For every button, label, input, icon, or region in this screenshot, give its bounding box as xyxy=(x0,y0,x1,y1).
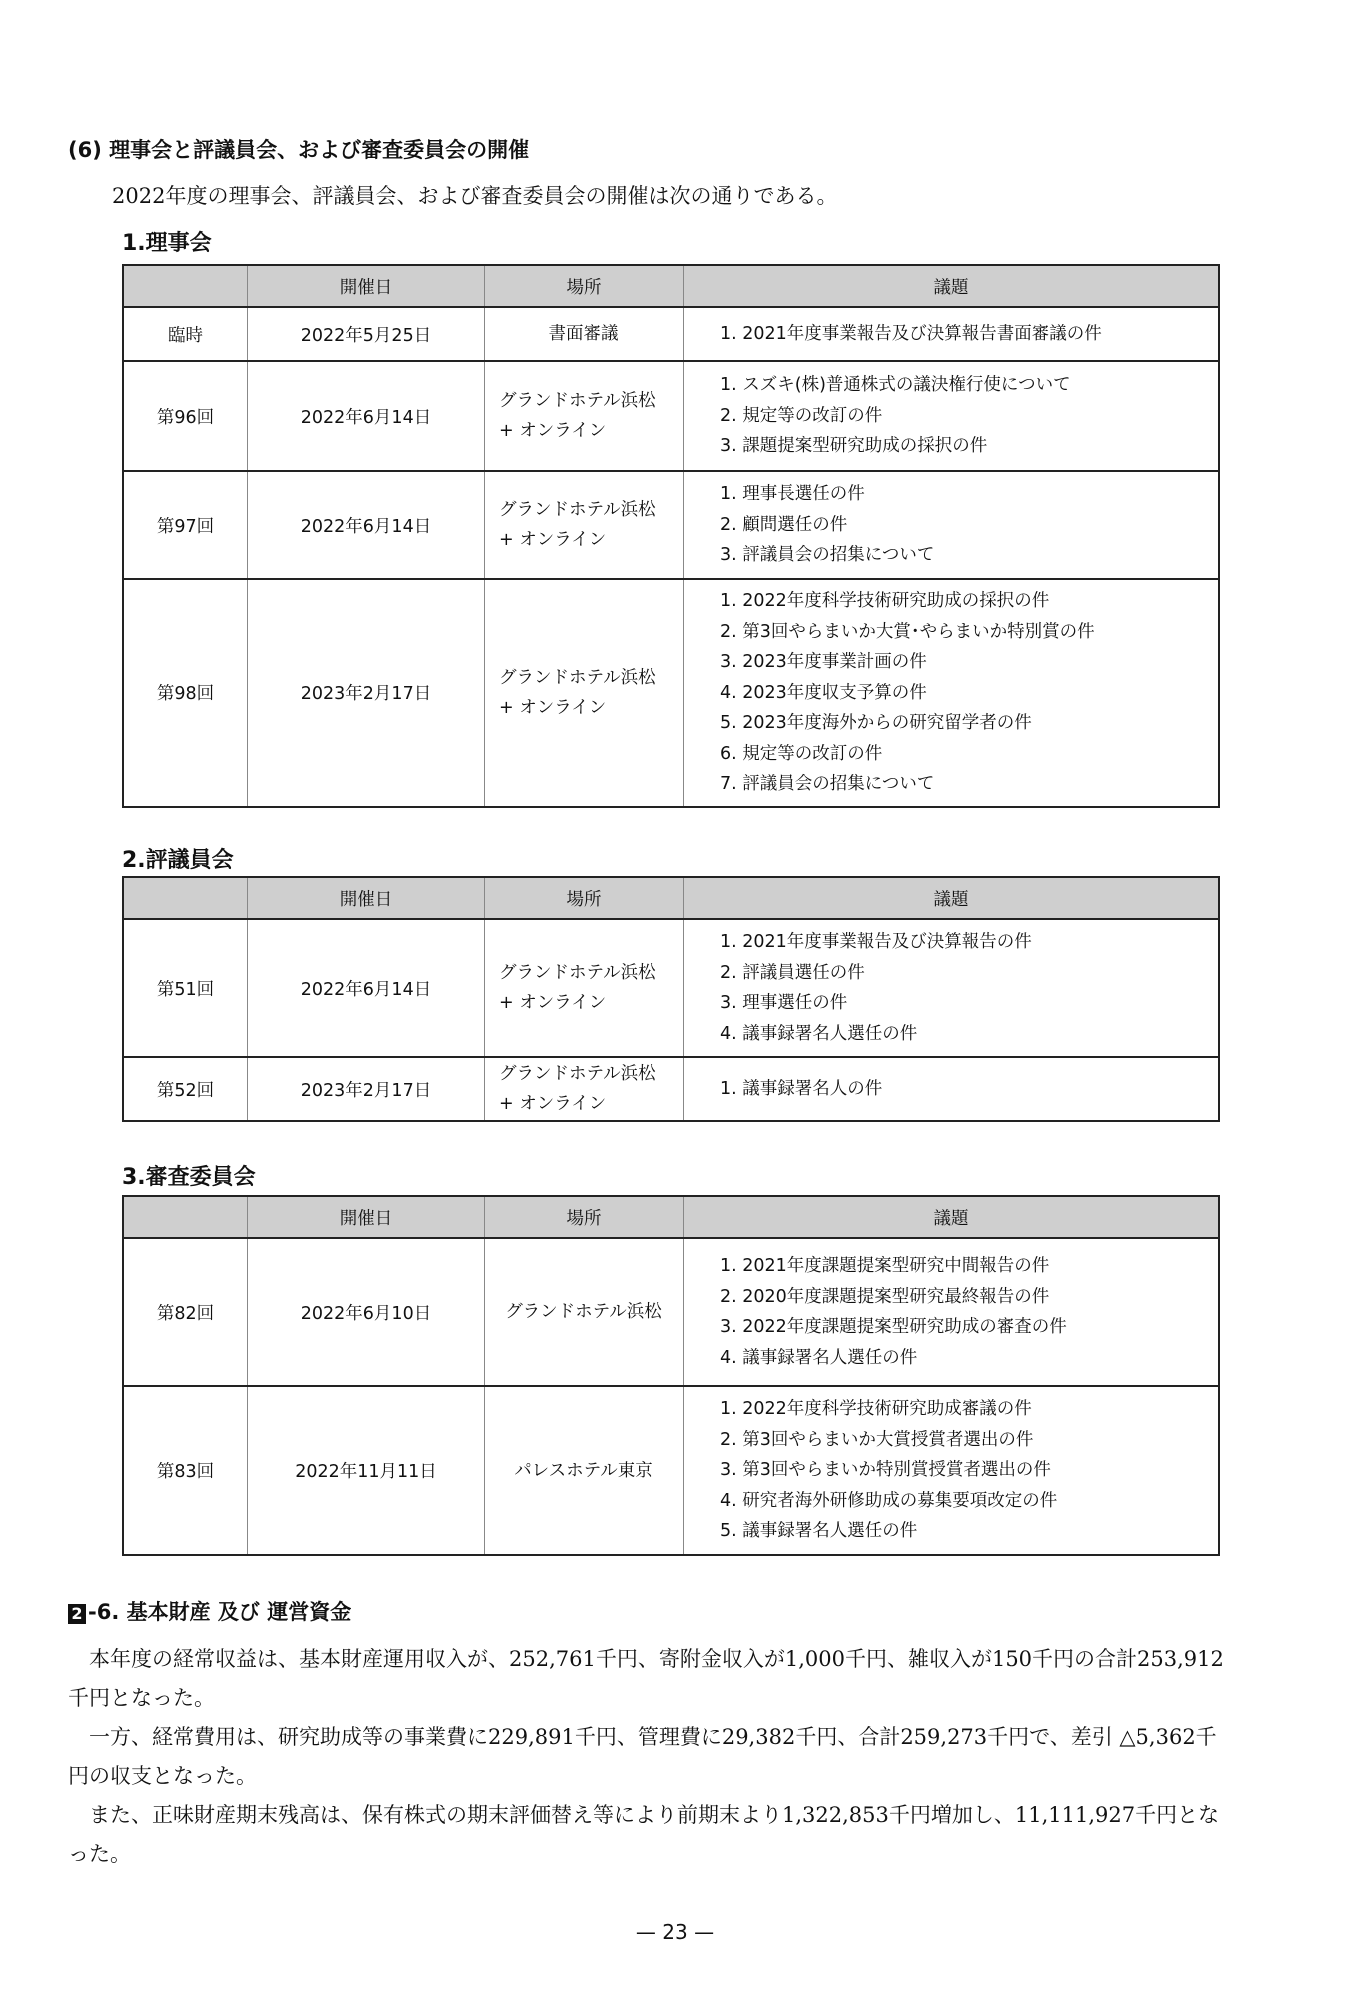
session-cell: 第51回 xyxy=(123,919,248,1057)
agenda-cell: 1. 2021年度課題提案型研究中間報告の件2. 2020年度課題提案型研究最終… xyxy=(684,1238,1220,1386)
finance-heading: 2-6. 基本財産 及び 運営資金 xyxy=(68,1596,351,1626)
agenda-cell: 1. 議事録署名人の件 xyxy=(684,1057,1220,1121)
paragraph: 一方、経常費用は、研究助成等の事業費に229,891千円、管理費に29,382千… xyxy=(68,1718,1224,1796)
header-date: 開催日 xyxy=(248,265,485,307)
session-cell: 第82回 xyxy=(123,1238,248,1386)
date-cell: 2023年2月17日 xyxy=(248,1057,485,1121)
session-cell: 第97回 xyxy=(123,471,248,579)
table-row: 第96回2022年6月14日グランドホテル浜松+ オンライン1. スズキ(株)普… xyxy=(123,361,1219,471)
table-row: 臨時2022年5月25日書面審議1. 2021年度事業報告及び決算報告書面審議の… xyxy=(123,307,1219,361)
agenda-cell: 1. 2021年度事業報告及び決算報告の件2. 評議員選任の件3. 理事選任の件… xyxy=(684,919,1220,1057)
table-row: 第52回2023年2月17日グランドホテル浜松+ オンライン1. 議事録署名人の… xyxy=(123,1057,1219,1121)
table-row: 第82回2022年6月10日グランドホテル浜松1. 2021年度課題提案型研究中… xyxy=(123,1238,1219,1386)
agenda-cell: 1. 2021年度事業報告及び決算報告書面審議の件 xyxy=(684,307,1220,361)
date-cell: 2022年6月10日 xyxy=(248,1238,485,1386)
review-title: 3.審査委員会 xyxy=(122,1160,256,1191)
board-title: 1.理事会 xyxy=(122,226,212,257)
agenda-cell: 1. 2022年度科学技術研究助成の採択の件2. 第3回やらまいか大賞･やらまい… xyxy=(684,579,1220,807)
place-cell: パレスホテル東京 xyxy=(485,1386,684,1555)
page-number: — 23 — xyxy=(0,1920,1350,1944)
header-agenda: 議題 xyxy=(684,877,1220,919)
board-table: 開催日場所議題臨時2022年5月25日書面審議1. 2021年度事業報告及び決算… xyxy=(122,264,1220,808)
session-cell: 第98回 xyxy=(123,579,248,807)
agenda-cell: 1. 2022年度科学技術研究助成審議の件2. 第3回やらまいか大賞授賞者選出の… xyxy=(684,1386,1220,1555)
council-table: 開催日場所議題第51回2022年6月14日グランドホテル浜松+ オンライン1. … xyxy=(122,876,1220,1122)
header-place: 場所 xyxy=(485,265,684,307)
date-cell: 2022年5月25日 xyxy=(248,307,485,361)
place-cell: グランドホテル浜松 xyxy=(485,1238,684,1386)
table-row: 第83回2022年11月11日パレスホテル東京1. 2022年度科学技術研究助成… xyxy=(123,1386,1219,1555)
session-cell: 第96回 xyxy=(123,361,248,471)
date-cell: 2022年6月14日 xyxy=(248,919,485,1057)
table-header-row: 開催日場所議題 xyxy=(123,1196,1219,1238)
date-cell: 2023年2月17日 xyxy=(248,579,485,807)
date-cell: 2022年6月14日 xyxy=(248,361,485,471)
table-header-row: 開催日場所議題 xyxy=(123,877,1219,919)
date-cell: 2022年11月11日 xyxy=(248,1386,485,1555)
session-cell: 第52回 xyxy=(123,1057,248,1121)
place-cell: 書面審議 xyxy=(485,307,684,361)
section-title: (6) 理事会と評議員会、および審査委員会の開催 xyxy=(68,134,529,164)
header-date: 開催日 xyxy=(248,877,485,919)
place-cell: グランドホテル浜松+ オンライン xyxy=(485,361,684,471)
table-row: 第97回2022年6月14日グランドホテル浜松+ オンライン1. 理事長選任の件… xyxy=(123,471,1219,579)
header-place: 場所 xyxy=(485,877,684,919)
review-table: 開催日場所議題第82回2022年6月10日グランドホテル浜松1. 2021年度課… xyxy=(122,1195,1220,1556)
agenda-cell: 1. 理事長選任の件2. 顧問選任の件3. 評議員会の招集について xyxy=(684,471,1220,579)
header-date: 開催日 xyxy=(248,1196,485,1238)
place-cell: グランドホテル浜松+ オンライン xyxy=(485,471,684,579)
header-place: 場所 xyxy=(485,1196,684,1238)
date-cell: 2022年6月14日 xyxy=(248,471,485,579)
header-agenda: 議題 xyxy=(684,1196,1220,1238)
header-agenda: 議題 xyxy=(684,265,1220,307)
table-row: 第98回2023年2月17日グランドホテル浜松+ オンライン1. 2022年度科… xyxy=(123,579,1219,807)
section-number-badge: 2 xyxy=(68,1604,86,1624)
place-cell: グランドホテル浜松+ オンライン xyxy=(485,579,684,807)
session-cell: 臨時 xyxy=(123,307,248,361)
paragraph: 本年度の経常収益は、基本財産運用収入が、252,761千円、寄附金収入が1,00… xyxy=(68,1640,1224,1718)
place-cell: グランドホテル浜松+ オンライン xyxy=(485,1057,684,1121)
section-intro: 2022年度の理事会、評議員会、および審査委員会の開催は次の通りである。 xyxy=(112,180,837,210)
place-cell: グランドホテル浜松+ オンライン xyxy=(485,919,684,1057)
session-cell: 第83回 xyxy=(123,1386,248,1555)
council-title: 2.評議員会 xyxy=(122,843,234,874)
finance-title: -6. 基本財産 及び 運営資金 xyxy=(88,1600,351,1624)
table-header-row: 開催日場所議題 xyxy=(123,265,1219,307)
agenda-cell: 1. スズキ(株)普通株式の議決権行使について2. 規定等の改訂の件3. 課題提… xyxy=(684,361,1220,471)
paragraph: また、正味財産期末残高は、保有株式の期末評価替え等により前期末より1,322,8… xyxy=(68,1796,1224,1874)
finance-body: 本年度の経常収益は、基本財産運用収入が、252,761千円、寄附金収入が1,00… xyxy=(68,1640,1224,1874)
table-row: 第51回2022年6月14日グランドホテル浜松+ オンライン1. 2021年度事… xyxy=(123,919,1219,1057)
